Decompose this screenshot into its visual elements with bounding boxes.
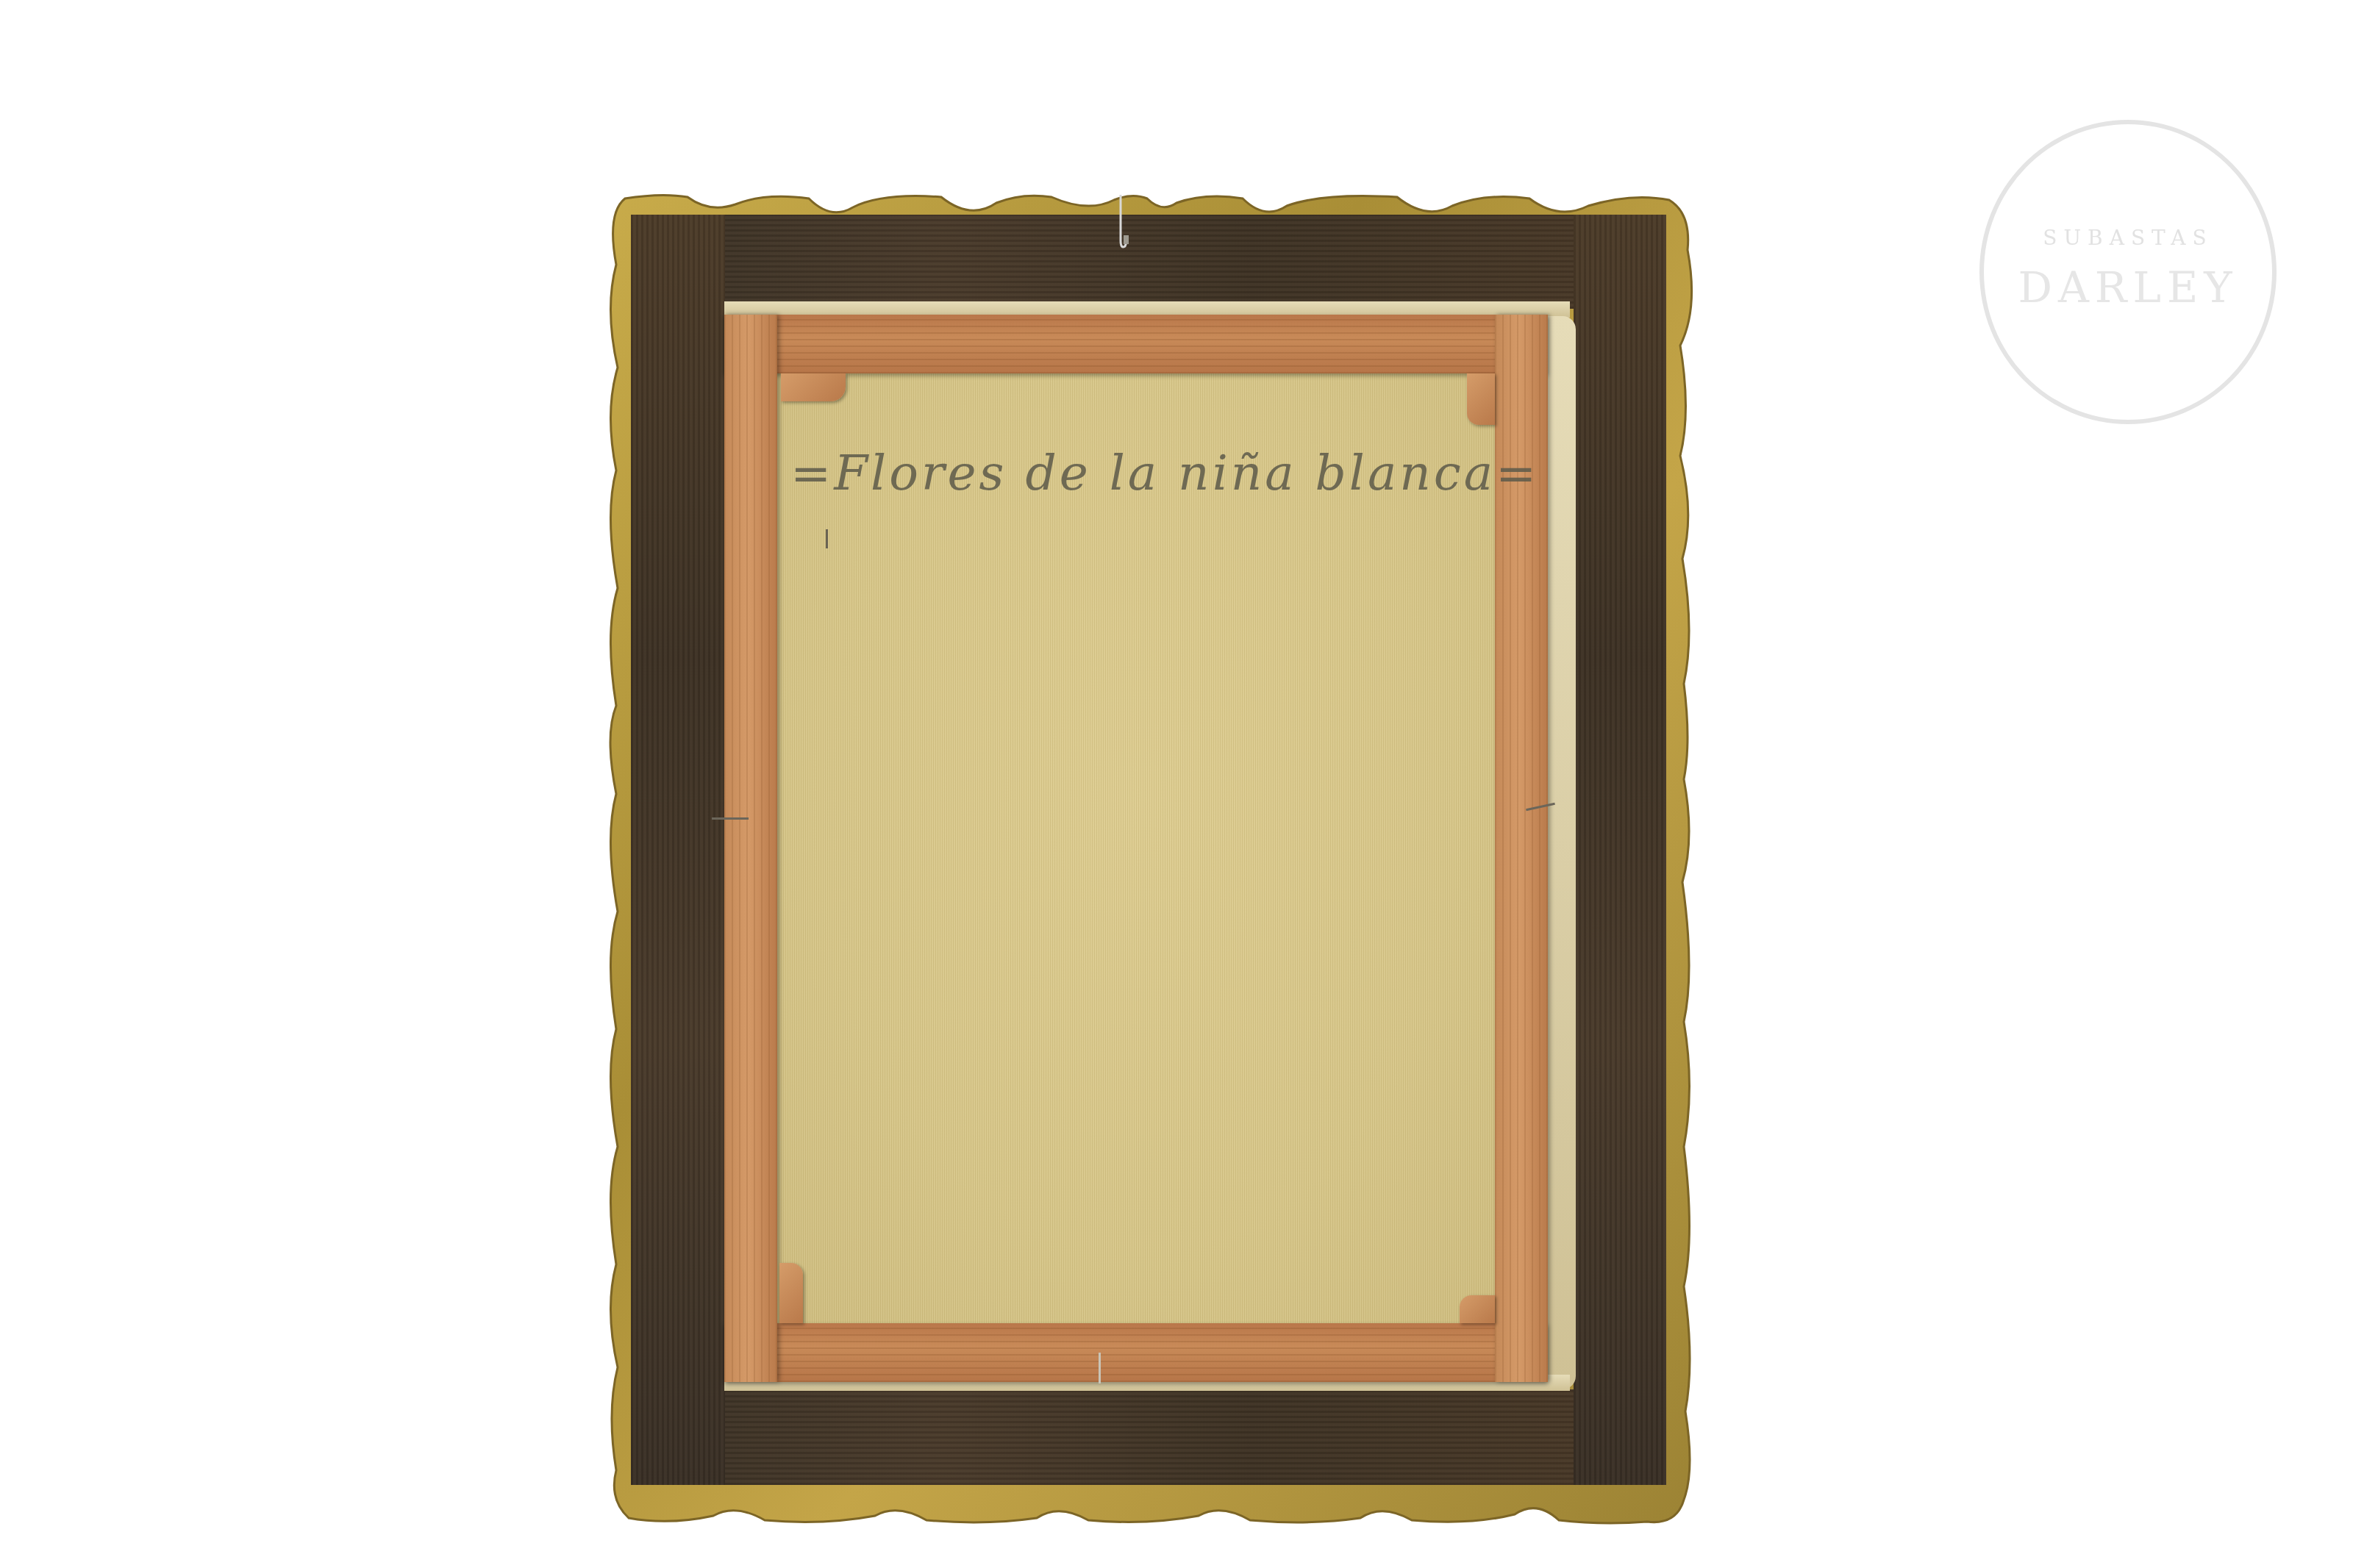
stretcher-top-bar [724, 315, 1548, 373]
corner-key-top-left [781, 373, 846, 401]
handwritten-title-inscription: =Flores de la niña blanca= [790, 445, 1496, 501]
stretcher-left-bar [724, 315, 777, 1382]
corner-key-bottom-right [1460, 1295, 1495, 1323]
subastas-darley-watermark: SUBASTAS DARLEY [1979, 120, 2277, 424]
paper-lining-right [1548, 316, 1576, 1389]
corner-key-bottom-left [779, 1263, 803, 1323]
frame-back-left-rail [631, 215, 725, 1485]
frame-back-top-rail [631, 215, 1666, 309]
watermark-line-1: SUBASTAS [1984, 226, 2272, 250]
frame-back-bottom-rail [631, 1389, 1666, 1485]
frame-back-right-rail [1574, 215, 1666, 1485]
corner-key-top-right [1467, 373, 1495, 425]
nail-bottom [1099, 1353, 1101, 1383]
stretcher-bottom-bar [724, 1323, 1548, 1382]
nail-left [712, 817, 749, 820]
watermark-line-2: DARLEY [1984, 262, 2272, 312]
hanging-hook [1118, 195, 1129, 257]
pencil-mark [826, 529, 828, 548]
